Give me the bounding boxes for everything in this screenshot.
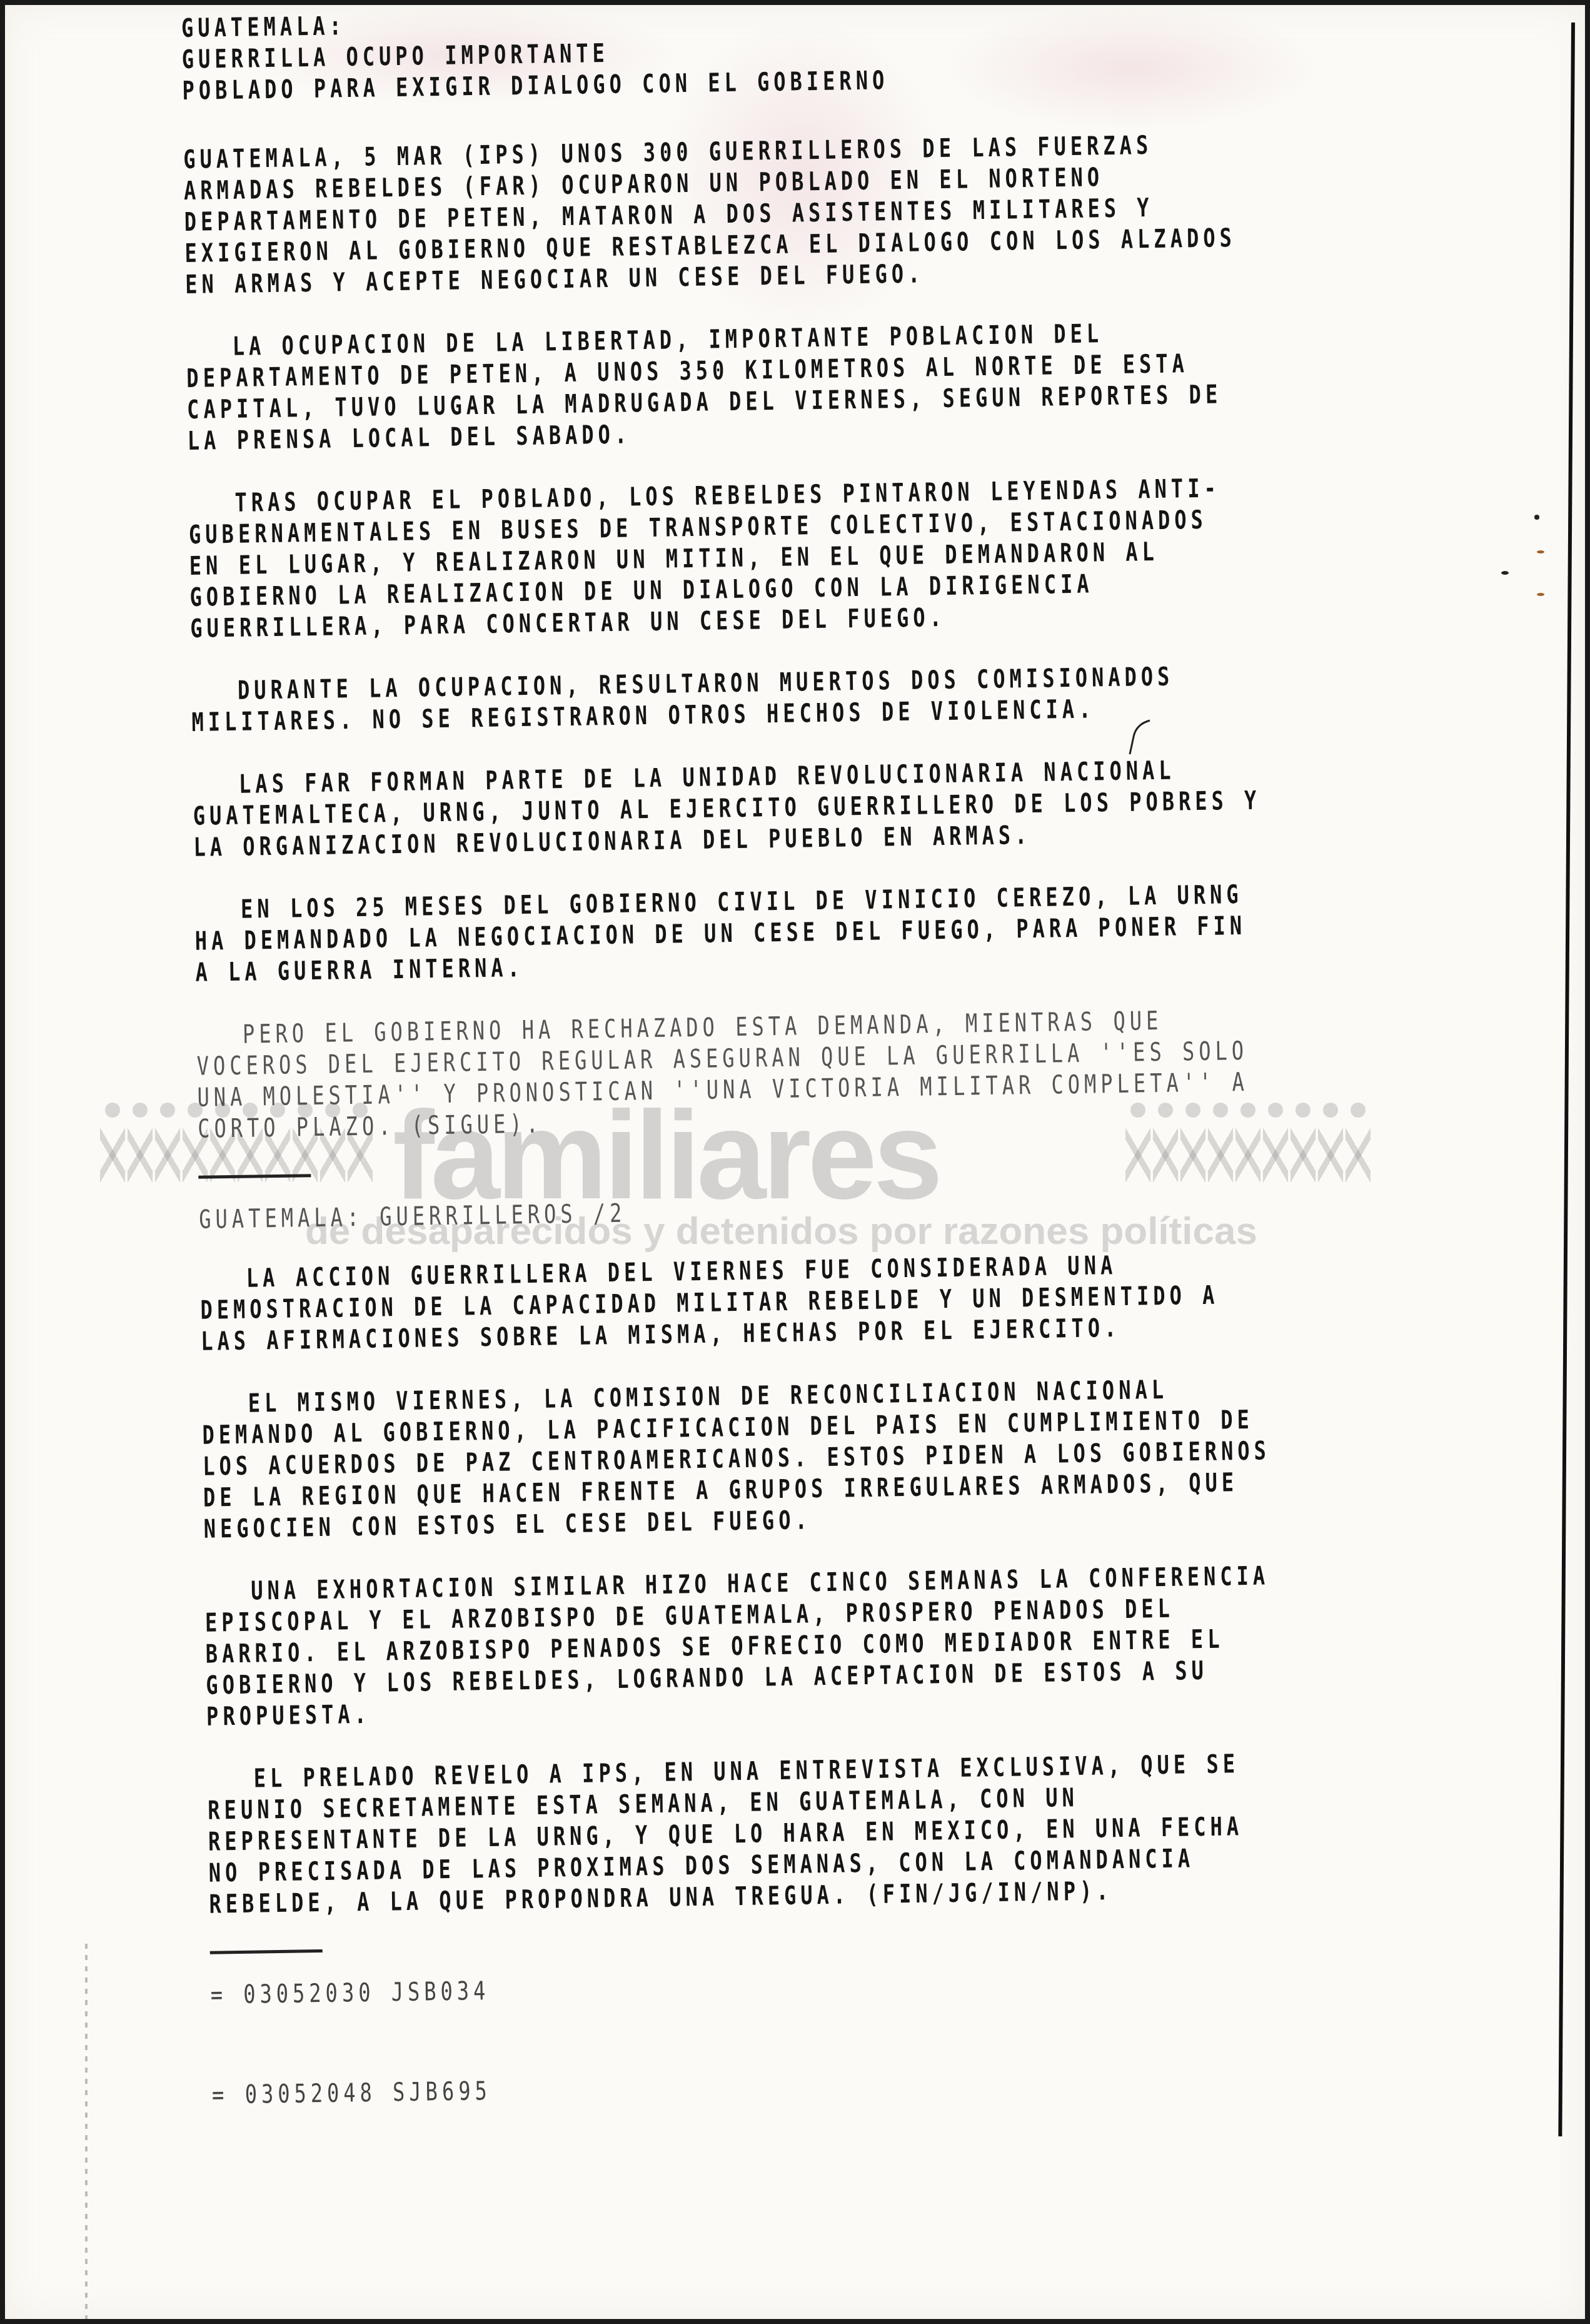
paragraph: EL PRELADO REVELO A IPS, EN UNA ENTREVIS… bbox=[207, 1744, 1522, 1920]
story-part-2: LA ACCION GUERRILLERA DEL VIERNES FUE CO… bbox=[199, 1244, 1522, 1920]
person-figure-icon bbox=[126, 1103, 154, 1196]
paragraph: EN LOS 25 MESES DEL GOBIERNO CIVIL DE VI… bbox=[194, 875, 1509, 988]
rust-speck bbox=[1537, 550, 1544, 553]
scanned-page: familiares de desaparecidos y detenidos … bbox=[5, 5, 1585, 2319]
paragraph: EL MISMO VIERNES, LA COMISION DE RECONCI… bbox=[201, 1369, 1516, 1545]
paragraph: GUATEMALA, 5 MAR (IPS) UNOS 300 GUERRILL… bbox=[183, 124, 1498, 300]
margin-rule bbox=[1558, 23, 1575, 2136]
paragraph: TRAS OCUPAR EL POBLADO, LOS REBELDES PIN… bbox=[188, 468, 1503, 644]
paragraph: LAS FAR FORMAN PARTE DE LA UNIDAD REVOLU… bbox=[193, 750, 1507, 863]
headline-block: GUATEMALA: GUERRILLA OCUPO IMPORTANTE PO… bbox=[181, 0, 1496, 106]
paragraph: LA ACCION GUERRILLERA DEL VIERNES FUE CO… bbox=[199, 1244, 1514, 1357]
teletype-document: GUATEMALA: GUERRILLA OCUPO IMPORTANTE PO… bbox=[181, 4, 1525, 2111]
rust-speck bbox=[1537, 593, 1544, 596]
person-figure-icon bbox=[99, 1103, 126, 1196]
paragraph: PERO EL GOBIERNO HA RECHAZADO ESTA DEMAN… bbox=[196, 1000, 1511, 1144]
story-part-1: GUATEMALA, 5 MAR (IPS) UNOS 300 GUERRILL… bbox=[183, 124, 1511, 1144]
paragraph: LA OCUPACION DE LA LIBERTAD, IMPORTANTE … bbox=[186, 312, 1501, 457]
section-divider bbox=[210, 1949, 323, 1954]
transmission-code: = 03052048 SJB695 bbox=[212, 2059, 1526, 2110]
transmission-code: = 03052030 JSB034 bbox=[210, 1960, 1524, 2011]
ink-speck bbox=[1534, 515, 1539, 520]
paragraph: DURANTE LA OCUPACION, RESULTARON MUERTOS… bbox=[191, 656, 1504, 738]
paragraph: UNA EXHORTACION SIMILAR HIZO HACE CINCO … bbox=[204, 1557, 1519, 1732]
section-divider bbox=[198, 1174, 311, 1179]
continuation-slug: GUATEMALA: GUERRILLEROS /2 bbox=[199, 1185, 1512, 1235]
perforation-edge bbox=[85, 1944, 88, 2319]
person-figure-icon bbox=[154, 1103, 181, 1196]
